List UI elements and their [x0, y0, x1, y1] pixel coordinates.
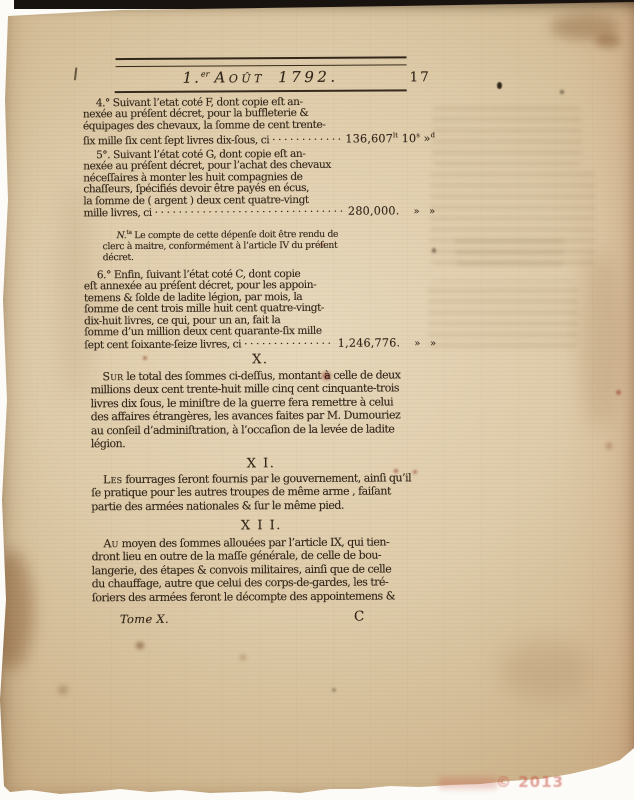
amount-livres: 1,246,776.» » — [338, 337, 437, 350]
text-line: ſix mille ſix cent ſept livres dix-ſous,… — [83, 135, 269, 148]
page-content: 1.erAoût 1792. 17 4.° Suivant l’etat cot… — [0, 0, 634, 800]
decree-item-4: 4.° Suivant l’etat coté F, dont copie eſ… — [83, 96, 435, 148]
text-line: mille livres, ci — [83, 208, 151, 220]
date-month-year: Août 1792. — [214, 68, 338, 87]
text-line: le total des ſommes ci-deſſus, montant à… — [123, 368, 400, 383]
first-word: Au — [103, 537, 118, 550]
watermark: © 2013 — [496, 773, 564, 791]
amount-livres: 280,000.» » — [348, 205, 436, 218]
nota-label: N. — [117, 230, 127, 241]
blank-marks: » » — [413, 206, 435, 217]
amount-deniers-unit: d — [431, 132, 435, 140]
text-line: au conſeil d’adminiſtration, à l’occaſio… — [91, 422, 437, 438]
article-heading-x: X. — [84, 351, 436, 368]
date-ordinal: er — [201, 70, 210, 79]
signature-mark: C — [354, 609, 364, 625]
text-line: ſept cent ſoixante-ſeize livres, ci — [84, 339, 241, 351]
amount-value: 136,607 — [345, 133, 393, 146]
amount-livres: 136,607lt 10s »d — [345, 131, 435, 146]
volume-label: Tome X. — [120, 612, 169, 626]
text-line-with-amount: ſept cent ſoixante-ſeize livres, ci ····… — [84, 337, 436, 352]
nota-bene: N.ta Le compte de cette dépenſe doit êtr… — [103, 227, 353, 264]
first-word: Les — [103, 473, 122, 486]
text-line: clerc à maitre, conformément à l’article… — [103, 241, 353, 253]
text-line: ſoriers des armées feront le décompte de… — [92, 589, 438, 605]
amount-value: 280,000. — [348, 205, 400, 218]
text-line-with-amount: mille livres, ci ·······················… — [83, 205, 435, 220]
date-number: 1. — [183, 69, 201, 87]
amount-sous: 10 — [398, 132, 416, 145]
watermark-smear — [438, 777, 498, 789]
text-line: partie des armées nationales & ſur le mê… — [91, 498, 437, 514]
text-line: ſe pratique pour les autres troupes de m… — [91, 485, 437, 501]
dot-leader: ········································… — [155, 207, 345, 220]
text-line-with-amount: ſix mille ſix cent ſept livres dix-ſous,… — [83, 131, 435, 148]
article-x: Sur le total des ſommes ci-deſſus, monta… — [90, 368, 436, 451]
blank-marks: » » — [414, 338, 436, 349]
decree-item-6: 6.° Enfin, ſuivant l’état coté C, dont c… — [84, 268, 436, 351]
article-xii: Au moyen des ſommes allouées par l’artic… — [91, 535, 437, 604]
dot-leader: ·························· — [272, 135, 342, 147]
page-number: 17 — [410, 69, 431, 85]
article-xi: Les fourrages ſeront fournis par le gouv… — [91, 471, 437, 513]
text-line: moyen des ſommes allouées par l’article … — [119, 535, 390, 550]
header-rule-bottom — [115, 89, 407, 93]
text-line: décret. — [103, 252, 353, 264]
decree-item-5: 5°. Suivant l’état coté G, dont copie eſ… — [83, 148, 435, 220]
amount-value: 1,246,776. — [338, 336, 401, 349]
first-word: Sur — [102, 370, 123, 383]
article-heading-xi: X I. — [85, 455, 437, 472]
document-page: 1.erAoût 1792. 17 4.° Suivant l’etat cot… — [0, 0, 634, 800]
text-line: légion. — [91, 435, 437, 451]
text-line: fourrages ſeront fournis par le gouverne… — [122, 471, 411, 486]
running-head-date: 1.erAoût 1792. — [116, 62, 406, 89]
scanned-page-photo: 1.erAoût 1792. 17 4.° Suivant l’etat cot… — [0, 0, 634, 800]
article-heading-xii: X I I. — [85, 517, 437, 534]
text-line: Au moyen des ſommes allouées par l’artic… — [91, 535, 437, 551]
amount-deniers: » — [420, 132, 431, 145]
dot-leader: ···················· — [244, 339, 335, 351]
ink-stray-mark — [74, 67, 77, 80]
